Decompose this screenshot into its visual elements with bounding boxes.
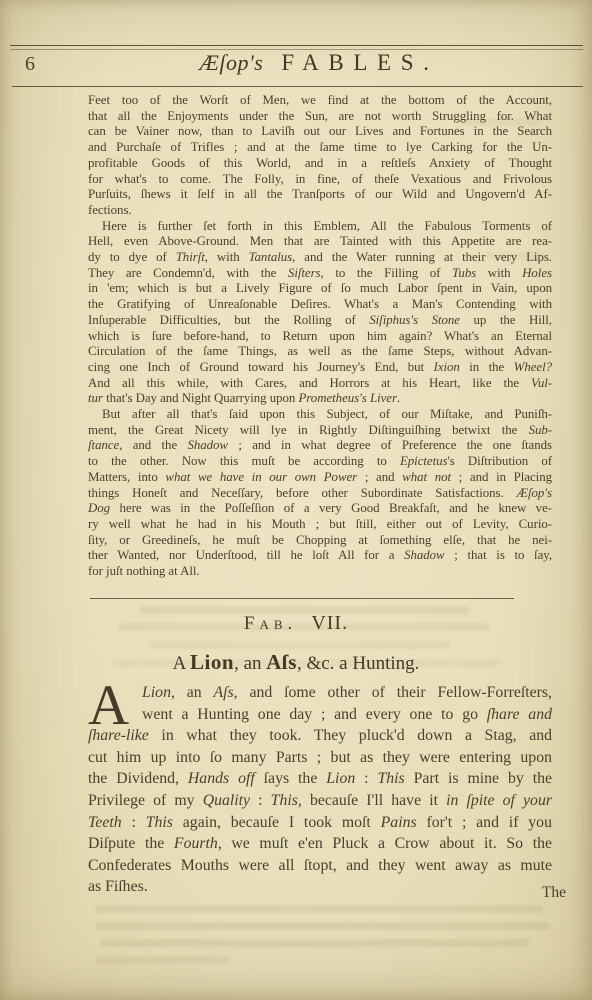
text-line: as Fiſhes.	[88, 876, 552, 898]
moral-paragraph: But after all that's ſaid upon this Subj…	[88, 407, 552, 580]
moral-paragraph: Here is further ſet forth in this Emblem…	[88, 219, 552, 407]
text-line: ther Wanted, nor Underſtood, till he loſ…	[88, 548, 552, 564]
text-line: Matters, into what we have in our own Po…	[88, 470, 552, 486]
running-header-title: FABLES.	[281, 50, 438, 75]
text-line: in 'em; which is but a Lively Figure of …	[88, 281, 552, 297]
text-line: to the other. Now this muſt be according…	[88, 454, 552, 470]
bleed-through-artifact	[95, 922, 550, 930]
text-line: for what's to come. The Folly, in fine, …	[88, 172, 552, 188]
text-line: ry well what he had in his Mouth ; but ſ…	[88, 517, 552, 533]
text-line: and Purchaſe of Trifles ; and at the ſam…	[88, 140, 552, 156]
fable-text-block: A Lion, an Aſs, and ſome other of their …	[88, 682, 552, 898]
text-line: Diſpute the Fourth, we muſt e'en Pluck a…	[88, 833, 552, 855]
text-line: for juſt nothing at All.	[88, 564, 552, 580]
running-header: Æſop's FABLES.	[0, 50, 592, 76]
text-line: ment, the Great Nicety will lye in Right…	[88, 423, 552, 439]
moral-paragraph: Feet too of the Worſt of Men, we find at…	[88, 93, 552, 219]
text-line: But after all that's ſaid upon this Subj…	[88, 407, 552, 423]
bleed-through-artifact	[95, 905, 543, 913]
text-line: ſhare-like in what they took. They pluck…	[88, 725, 552, 747]
fable-numeral: VII.	[311, 612, 348, 634]
fable-number-heading: Fab. VII.	[0, 612, 592, 635]
text-line: They are Condemn'd, with the Siſters, to…	[88, 266, 552, 282]
text-line: Hell, even Above-Ground. Men that are Ta…	[88, 234, 552, 250]
fable-title: A Lion, an Aſs, &c. a Hunting.	[0, 650, 592, 675]
catchword: The	[542, 884, 566, 902]
text-line: And all this while, with Cares, and Horr…	[88, 376, 552, 392]
text-line: Feet too of the Worſt of Men, we find at…	[88, 93, 552, 109]
text-line: Dog here was in the Poſſeſſion of a very…	[88, 501, 552, 517]
fable-label: Fab.	[244, 613, 297, 634]
text-line: the Gratifying of Unreaſonable Deſires. …	[88, 297, 552, 313]
text-line: Lion, an Aſs, and ſome other of their Fe…	[88, 682, 552, 704]
text-line: profitable Goods of this World, and in a…	[88, 156, 552, 172]
text-line: the Dividend, Hands off ſays the Lion : …	[88, 768, 552, 790]
drop-cap: A	[88, 683, 136, 723]
text-line: cing one Inch of Ground toward his Journ…	[88, 360, 552, 376]
text-line: Here is further ſet forth in this Emblem…	[88, 219, 552, 235]
text-line: ſity, or Greedineſs, he muſt be Chopping…	[88, 533, 552, 549]
text-line: dy to dye of Thirſt, with Tantalus, and …	[88, 250, 552, 266]
text-line: Teeth : This again, becauſe I took moſt …	[88, 812, 552, 834]
text-line: ſtance, and the Shadow ; and in what deg…	[88, 438, 552, 454]
text-line: Purſuits, ſhews it ſelf in all the Tranſ…	[88, 187, 552, 203]
text-line: things Honeſt and Neceſſary, before othe…	[88, 486, 552, 502]
text-line: Circulation of the ſame Things, as well …	[88, 344, 552, 360]
header-rule	[12, 86, 583, 87]
text-line: tur that's Day and Night Quarrying upon …	[88, 391, 552, 407]
bleed-through-artifact	[100, 939, 530, 947]
text-line: Privilege of my Quality : This, becauſe …	[88, 790, 552, 812]
text-line: A Lion, an Aſs, &c. a Hunting.	[0, 650, 592, 675]
fable-paragraph: Lion, an Aſs, and ſome other of their Fe…	[88, 682, 552, 898]
text-line: fections.	[88, 203, 552, 219]
text-line: Inſuperable Difficulties, but the Rollin…	[88, 313, 552, 329]
text-line: went a Hunting one day ; and every one t…	[88, 704, 552, 726]
bleed-through-artifact	[95, 956, 230, 964]
text-line: can be Vainer now, than to Laviſh out ou…	[88, 124, 552, 140]
running-header-author: Æſop's	[199, 50, 263, 75]
text-line: Confederates Mouths were all ſtopt, and …	[88, 855, 552, 877]
moral-text-block: Feet too of the Worſt of Men, we find at…	[88, 93, 552, 580]
text-line: that all the Enjoyments under the Sun, a…	[88, 109, 552, 125]
bleed-through-artifact	[150, 641, 450, 649]
text-line: cut him up into ſo many Parts ; but as t…	[88, 747, 552, 769]
book-page: 6 Æſop's FABLES. Feet too of the Worſt o…	[0, 0, 592, 1000]
section-rule	[90, 598, 514, 599]
text-line: which is ſure before-hand, to Return upo…	[88, 329, 552, 345]
